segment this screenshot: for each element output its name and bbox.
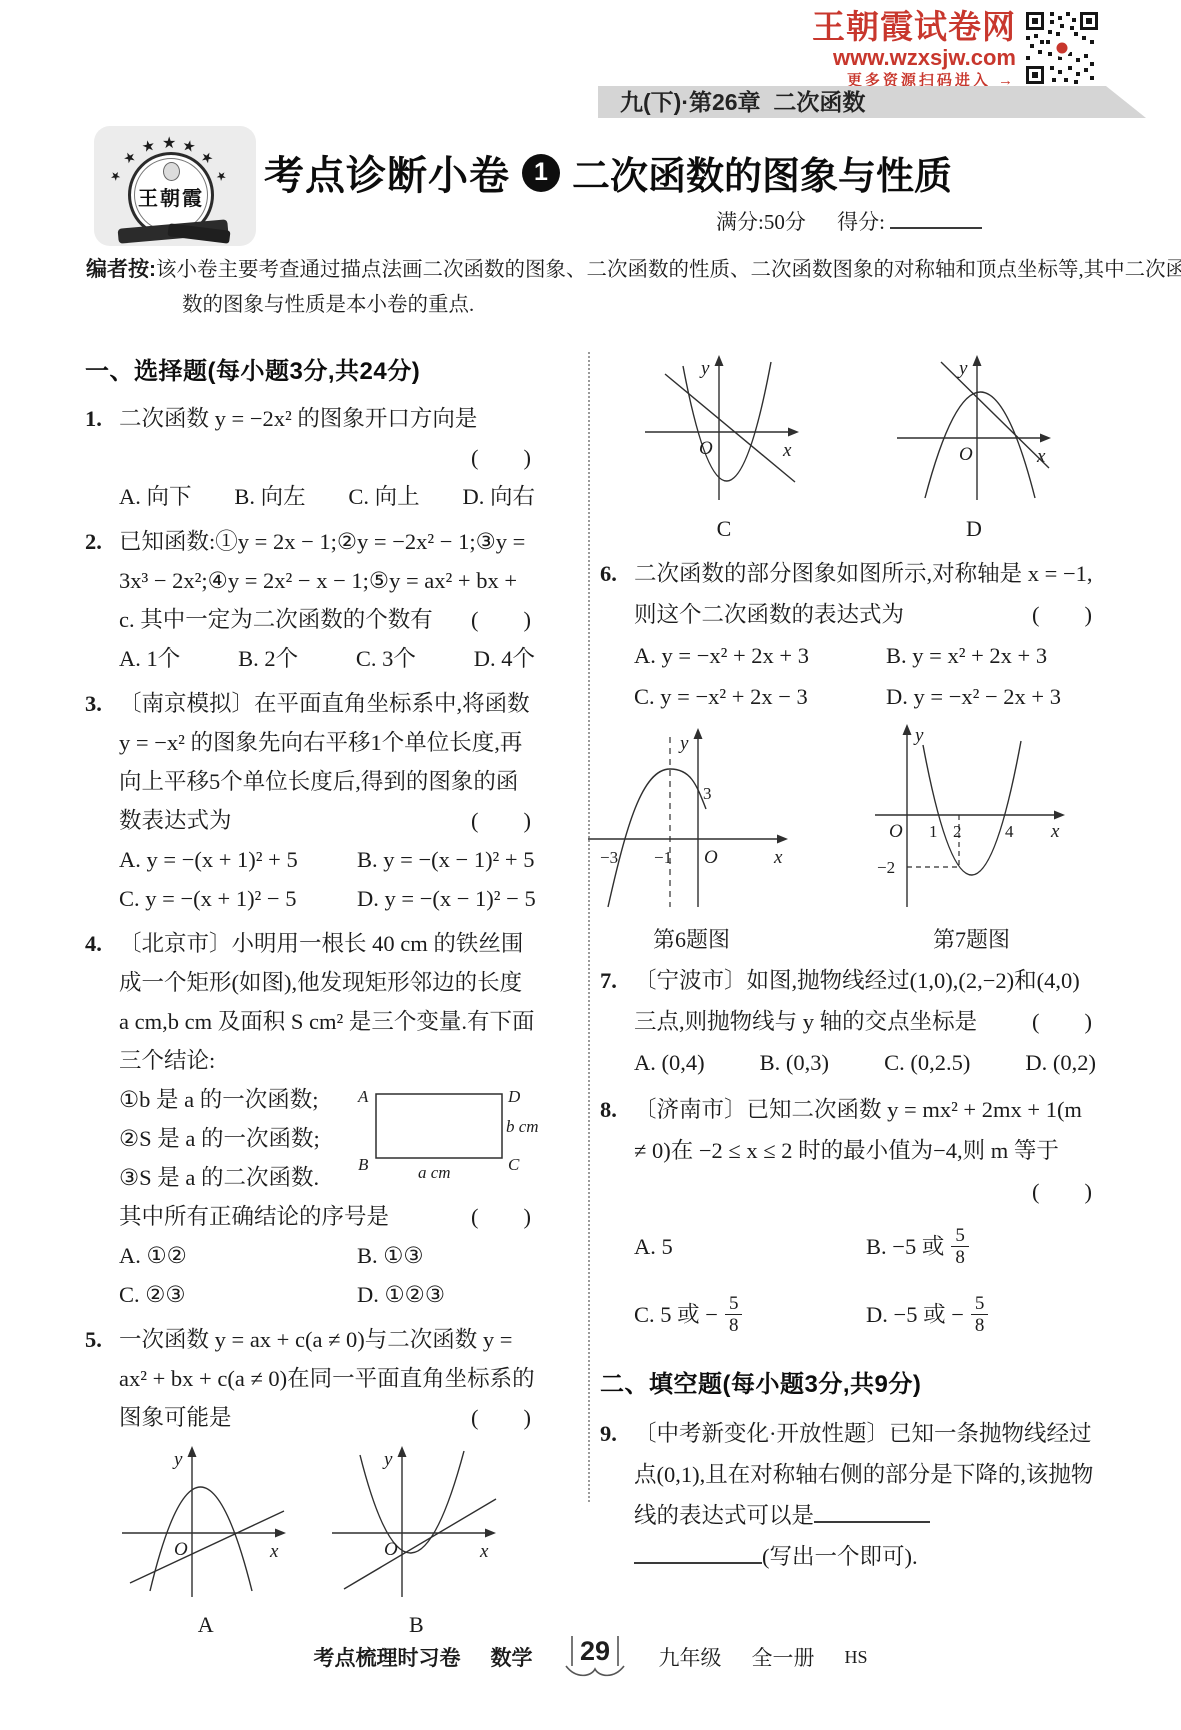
- x-axis-label: x: [1050, 821, 1060, 842]
- answer-blank: [814, 1501, 930, 1523]
- origin-label: O: [699, 438, 713, 459]
- question-4: 4.〔北京市〕小明用一根长 40 cm 的铁丝围成一个矩形(如图),他发现矩形邻…: [85, 924, 537, 1314]
- side-a-label: a cm: [418, 1163, 451, 1182]
- editor-note-text: 该小卷主要考查通过描点法画二次函数的图象、二次函数的性质、二次函数图象的对称轴和…: [156, 259, 1181, 316]
- origin-label: O: [174, 1539, 188, 1560]
- parabola-points-graph: O 1 2 4 −2 y x: [869, 717, 1074, 913]
- answer-paren: ( ): [471, 1197, 537, 1236]
- question-7: 7.〔宁波市〕如图,抛物线经过(1,0),(2,−2)和(4,0)三点,则抛物线…: [600, 960, 1098, 1083]
- brand-site-name: 王朝霞试卷网: [690, 8, 1016, 45]
- title-number-badge: 1: [522, 154, 560, 192]
- option-c: C. y = −(x + 1)² − 5: [119, 879, 357, 918]
- question-text: 二次函数的部分图象如图所示,对称轴是 x = −1,则这个二次函数的表达式为: [634, 561, 1093, 627]
- footer-volume: 全一册: [751, 1642, 814, 1672]
- option-c: C. 3个: [356, 639, 416, 678]
- option-d: D. 4个: [474, 639, 535, 678]
- figure-q6: −3 −1 O 3 y x 第6题图: [584, 717, 799, 954]
- question-6: 6.二次函数的部分图象如图所示,对称轴是 x = −1,则这个二次函数的表达式为…: [600, 553, 1098, 954]
- tick-2: 2: [953, 822, 962, 841]
- answer-paren: ( ): [471, 801, 537, 840]
- x-axis-label: x: [782, 440, 792, 461]
- x-axis-label: x: [269, 1541, 279, 1562]
- option-c: C. 向上: [348, 477, 419, 516]
- editor-note-label: 编者按:: [86, 258, 156, 281]
- option-d: D. 向右: [462, 477, 535, 516]
- vertex-c-label: C: [508, 1155, 520, 1174]
- publisher-logo: ★ ★ ★ ★ ★ ★ ★ 王朝霞: [94, 126, 256, 246]
- option-b: B. (0,3): [760, 1042, 829, 1083]
- question-3: 3.〔南京模拟〕在平面直角坐标系中,将函数 y = −x² 的图象先向右平移1个…: [85, 684, 537, 918]
- option-b: B. y = −(x − 1)² + 5: [357, 840, 537, 879]
- option-d: D. y = −(x − 1)² − 5: [357, 879, 537, 918]
- fraction: 58: [951, 1225, 969, 1268]
- worksheet-page: 王朝霞试卷网 www.wzxsjw.com 更多资源扫码进入 → 九(下)·第2…: [0, 0, 1181, 1730]
- tick-neg2: −2: [877, 858, 895, 877]
- origin-label: O: [889, 821, 903, 842]
- answer-blank: [634, 1542, 762, 1564]
- graph-option-a: y O x A: [116, 1441, 296, 1639]
- option-d: D. ①②③: [357, 1275, 537, 1314]
- footer-grade: 九年级: [658, 1642, 721, 1672]
- option-d: D. y = −x² − 2x + 3: [886, 676, 1098, 717]
- option-b: B. ①③: [357, 1236, 537, 1275]
- statement-2: ②S 是 a 的一次函数;: [119, 1126, 320, 1151]
- question-text: 〔北京市〕小明用一根长 40 cm 的铁丝围成一个矩形(如图),他发现矩形邻边的…: [119, 931, 534, 1073]
- question-text: 已知函数:①y = 2x − 1;②y = −2x² − 1;③y = 3x³ …: [119, 529, 525, 632]
- fraction: 58: [725, 1293, 743, 1336]
- editor-note: 编者按:该小卷主要考查通过描点法画二次函数的图象、二次函数的性质、二次函数图象的…: [86, 252, 1181, 323]
- star-icon: ★: [141, 139, 157, 156]
- option-c: C. 5 或 −58: [634, 1280, 866, 1348]
- question-1: 1.二次函数 y = −2x² 的图象开口方向是( ) A. 向下 B. 向左 …: [85, 399, 537, 516]
- option-a: A. 1个: [119, 639, 180, 678]
- question-2: 2.已知函数:①y = 2x − 1;②y = −2x² − 1;③y = 3x…: [85, 522, 537, 678]
- option-c: C. ②③: [119, 1275, 357, 1314]
- figure-caption: 第6题图: [584, 926, 799, 954]
- question-number: 1.: [85, 399, 102, 438]
- chapter-band: 九(下)·第26章 二次函数: [598, 86, 1146, 118]
- parabola-down-line-graph: y O x: [116, 1441, 296, 1599]
- option-c: C. (0,2.5): [884, 1042, 970, 1083]
- answer-paren: ( ): [471, 438, 537, 477]
- answer-paren: ( ): [1032, 594, 1098, 635]
- origin-label: O: [704, 847, 718, 868]
- statement-1: ①b 是 a 的一次函数;: [119, 1087, 319, 1112]
- tick-1: 1: [929, 822, 938, 841]
- x-axis-label: x: [479, 1541, 489, 1562]
- page-number-book-icon: 29: [562, 1632, 628, 1682]
- tick-neg3: −3: [600, 848, 618, 867]
- option-a: A. y = −x² + 2x + 3: [634, 635, 886, 676]
- page-title: 考点诊断小卷 1 二次函数的图象与性质: [264, 144, 952, 201]
- brand-url: www.wzxsjw.com: [690, 45, 1016, 70]
- star-icon: ★: [122, 150, 139, 168]
- question-number: 3.: [85, 684, 102, 723]
- question-5: 5.一次函数 y = ax + c(a ≠ 0)与二次函数 y = ax² + …: [85, 1320, 537, 1639]
- vertex-a-label: A: [357, 1087, 369, 1106]
- question-text: 〔宁波市〕如图,抛物线经过(1,0),(2,−2)和(4,0)三点,则抛物线与 …: [634, 968, 1080, 1034]
- question-text: 〔南京模拟〕在平面直角坐标系中,将函数 y = −x² 的图象先向右平移1个单位…: [119, 691, 530, 833]
- x-axis-label: x: [773, 847, 783, 868]
- score-blank: [890, 207, 982, 229]
- right-column: y O x C y O x D: [600, 350, 1098, 1583]
- option-b: B. y = x² + 2x + 3: [886, 635, 1098, 676]
- title-main: 二次函数的图象与性质: [572, 145, 952, 200]
- page-footer: 考点梳理时习卷 数学 29 九年级 全一册 HS: [0, 1632, 1181, 1682]
- question-8: 8.〔济南市〕已知二次函数 y = mx² + 2mx + 1(m ≠ 0)在 …: [600, 1089, 1098, 1348]
- statement-3: ③S 是 a 的二次函数.: [119, 1165, 319, 1190]
- option-b: B. 2个: [238, 639, 298, 678]
- origin-label: O: [959, 444, 973, 465]
- tick-3: 3: [703, 784, 712, 803]
- parabola-symmetry-graph: −3 −1 O 3 y x: [584, 717, 799, 913]
- option-a: A. 向下: [119, 477, 192, 516]
- footer-edition: HS: [844, 1647, 867, 1668]
- graph-option-c: y O x C: [639, 350, 809, 543]
- question-9: 9.〔中考新变化·开放性题〕已知一条抛物线经过点(0,1),且在对称轴右侧的部分…: [600, 1413, 1098, 1577]
- graph-option-d: y O x D: [889, 350, 1059, 543]
- footer-subject: 数学: [490, 1642, 532, 1672]
- graph-option-b: y O x B: [326, 1441, 506, 1639]
- option-a: A. (0,4): [634, 1042, 705, 1083]
- question-number: 7.: [600, 960, 617, 1001]
- origin-label: O: [384, 1539, 398, 1560]
- y-axis-label: y: [678, 733, 689, 754]
- option-b: B. 向左: [234, 477, 305, 516]
- question-number: 8.: [600, 1089, 617, 1130]
- side-b-label: b cm: [506, 1117, 539, 1136]
- option-a: A. 5: [634, 1212, 866, 1280]
- graph-label: D: [889, 515, 1059, 543]
- figure-caption: 第7题图: [869, 926, 1074, 954]
- fraction: 58: [971, 1293, 989, 1336]
- answer-paren: ( ): [1032, 1001, 1098, 1042]
- question-number: 2.: [85, 522, 102, 561]
- question-text: 〔济南市〕已知二次函数 y = mx² + 2mx + 1(m ≠ 0)在 −2…: [634, 1097, 1082, 1163]
- tick-neg1: −1: [654, 848, 672, 867]
- y-axis-label: y: [957, 358, 968, 379]
- answer-paren: ( ): [471, 1398, 537, 1437]
- answer-paren: ( ): [1032, 1171, 1098, 1212]
- option-a: A. ①②: [119, 1236, 357, 1275]
- y-axis-label: y: [699, 358, 710, 379]
- parabola-down-line-graph: y O x: [889, 350, 1059, 502]
- y-axis-label: y: [913, 725, 924, 746]
- left-column: 一、选择题(每小题3分,共24分) 1.二次函数 y = −2x² 的图象开口方…: [85, 352, 537, 1645]
- logo-portrait: [163, 162, 180, 181]
- star-icon: ★: [162, 136, 176, 152]
- parabola-up-line-graph: y O x: [639, 350, 809, 502]
- parabola-up-line-graph: y O x: [326, 1441, 506, 1599]
- question-number: 5.: [85, 1320, 102, 1359]
- full-score-label: 满分:50分: [716, 210, 806, 234]
- question-number: 6.: [600, 553, 617, 594]
- question-text: 二次函数 y = −2x² 的图象开口方向是: [119, 406, 477, 431]
- graph-label: C: [639, 515, 809, 543]
- section-choice-heading: 一、选择题(每小题3分,共24分): [85, 352, 537, 391]
- y-axis-label: y: [172, 1449, 183, 1470]
- x-axis-label: x: [1036, 446, 1046, 467]
- vertex-d-label: D: [507, 1087, 521, 1106]
- option-b: B. −5 或58: [866, 1212, 1098, 1280]
- vertex-b-label: B: [358, 1155, 369, 1174]
- section-fill-heading: 二、填空题(每小题3分,共9分): [600, 1364, 1098, 1405]
- option-c: C. y = −x² + 2x − 3: [634, 676, 886, 717]
- title-prefix: 考点诊断小卷: [264, 144, 510, 201]
- logo-name: 王朝霞: [114, 182, 228, 211]
- answer-paren: ( ): [471, 600, 537, 639]
- got-score-label: 得分:: [837, 210, 885, 234]
- y-axis-label: y: [382, 1449, 393, 1470]
- rectangle-figure: A D B C b cm a cm: [346, 1080, 541, 1184]
- brand-block: 王朝霞试卷网 www.wzxsjw.com 更多资源扫码进入 →: [690, 8, 1016, 91]
- score-line: 满分:50分 得分:: [716, 206, 982, 236]
- option-d: D. (0,2): [1025, 1042, 1096, 1083]
- figure-q7: O 1 2 4 −2 y x 第7题图: [869, 717, 1074, 954]
- chapter-band-text: 九(下)·第26章 二次函数: [598, 86, 1146, 118]
- tick-4: 4: [1005, 822, 1014, 841]
- footer-series: 考点梳理时习卷: [313, 1642, 460, 1672]
- qr-code-icon: [1024, 10, 1100, 86]
- option-d: D. −5 或 −58: [866, 1280, 1098, 1348]
- question-tail: 其中所有正确结论的序号是: [119, 1204, 389, 1229]
- question-tail: (写出一个即可).: [762, 1544, 918, 1569]
- question-number: 4.: [85, 924, 102, 963]
- option-a: A. y = −(x + 1)² + 5: [119, 840, 357, 879]
- question-number: 9.: [600, 1413, 617, 1454]
- page-number: 29: [580, 1636, 610, 1666]
